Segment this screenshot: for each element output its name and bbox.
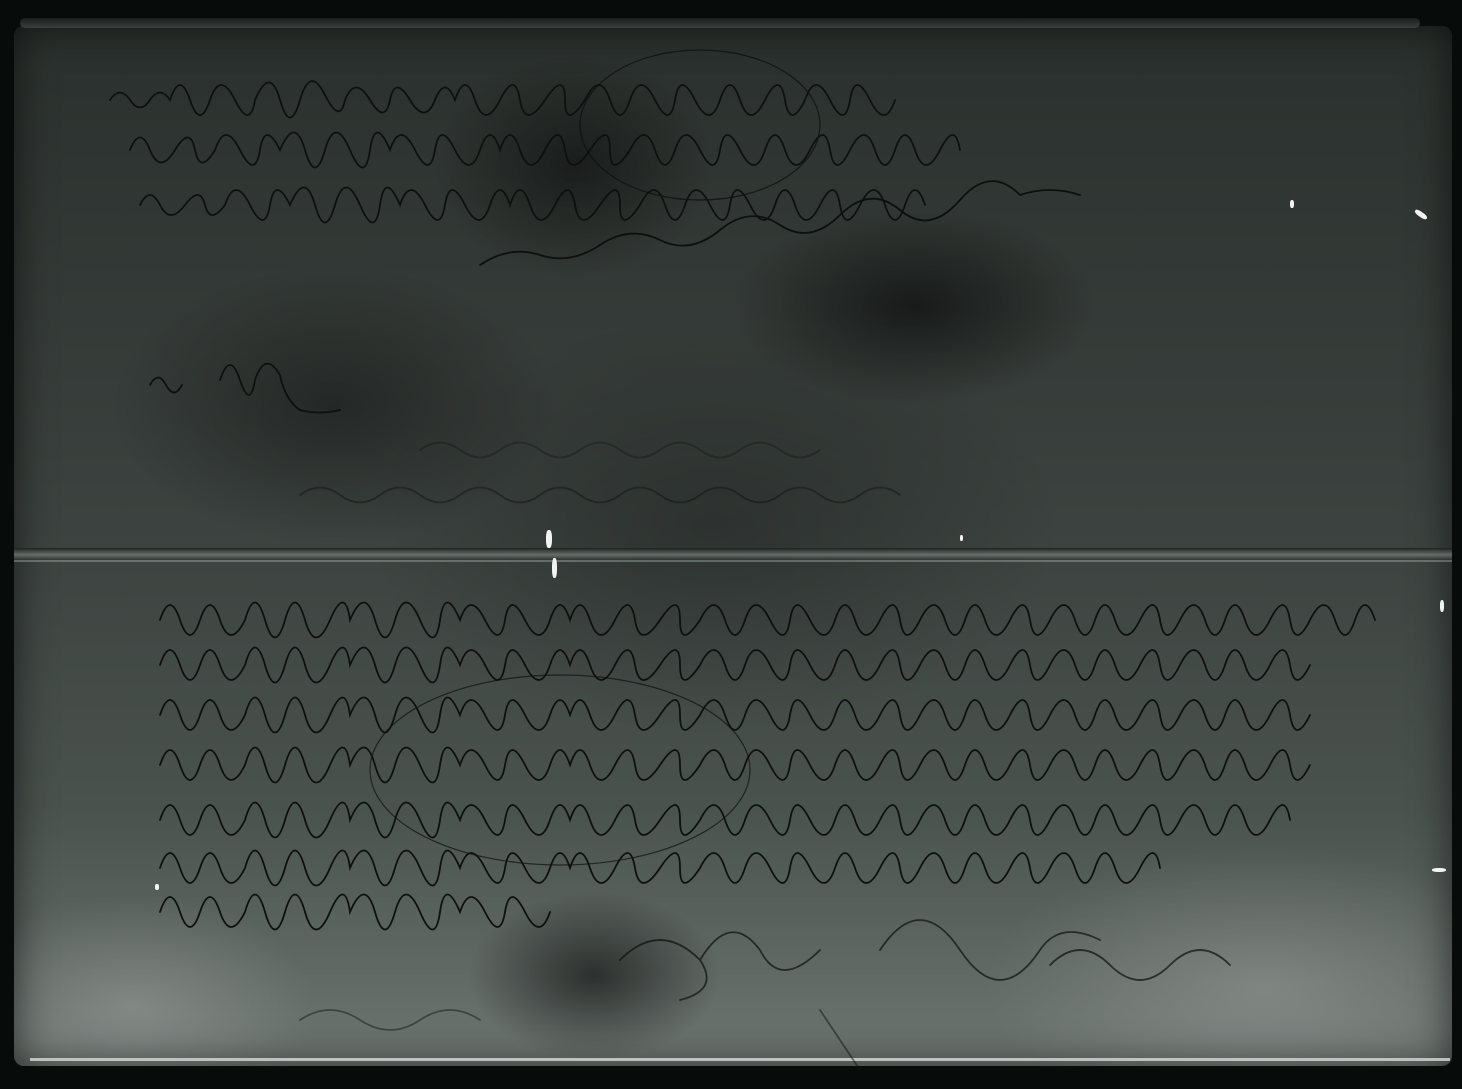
paper-damage-mark — [960, 535, 963, 541]
paper-damage-mark — [1290, 200, 1294, 208]
manuscript-sheet — [14, 26, 1452, 1066]
paper-damage-mark — [1440, 600, 1444, 612]
top-edge — [20, 18, 1420, 28]
paper-damage-mark — [546, 530, 552, 548]
upper-panel — [14, 26, 1452, 550]
paper-damage-mark — [155, 884, 159, 890]
lower-panel — [14, 560, 1452, 1068]
paper-damage-mark — [552, 558, 557, 578]
fold-crease — [14, 548, 1452, 560]
bottom-edge — [30, 1058, 1450, 1061]
paper-damage-mark — [1432, 868, 1446, 872]
